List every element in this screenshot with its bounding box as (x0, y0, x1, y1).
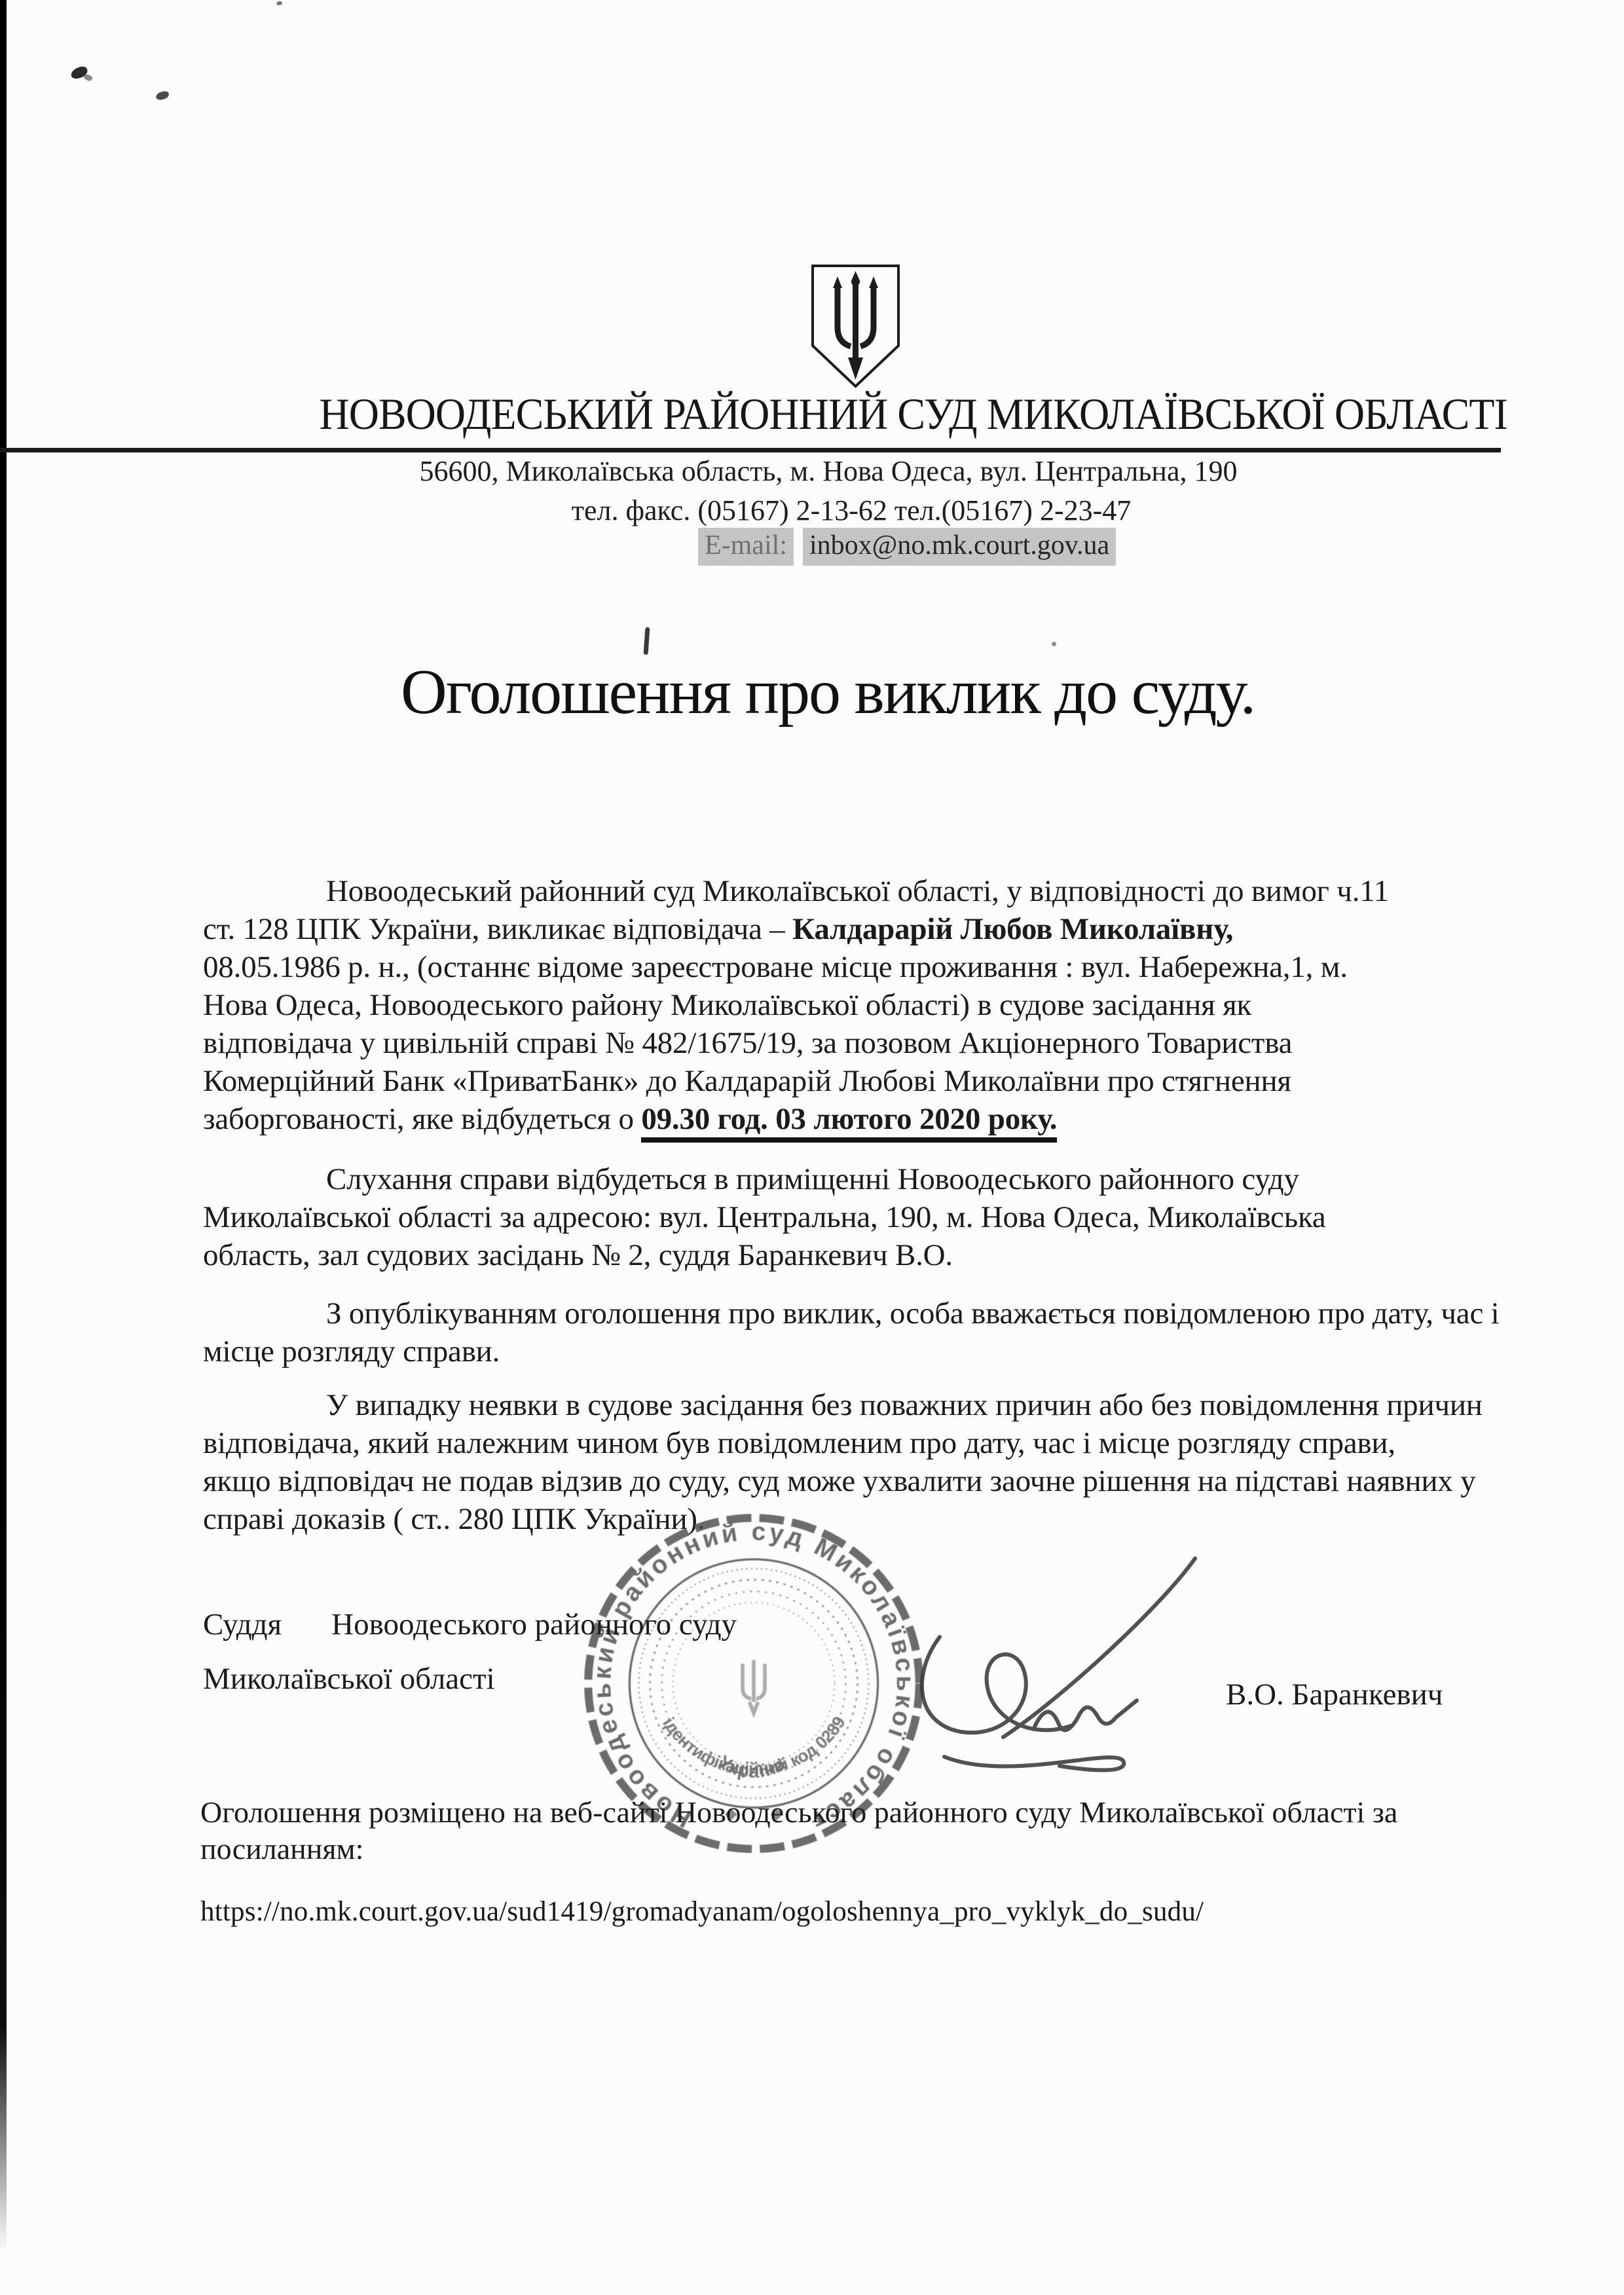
ink-speck (644, 627, 650, 655)
body-line: Нова Одеса, Новоодеського району Миколаї… (203, 986, 1500, 1024)
announcement-url: https://no.mk.court.gov.ua/sud1419/groma… (200, 1896, 1204, 1928)
ink-speck (1052, 642, 1056, 646)
judge-label: Суддя (203, 1607, 282, 1642)
paragraph-3: З опублікуванням оголошення про виклик, … (203, 1294, 1500, 1370)
body-line: ст. 128 ЦПК України, викликає відповідач… (203, 910, 1500, 948)
body-line: Слухання справи відбудеться в приміщенні… (203, 1160, 1500, 1198)
email-label: E-mail: (698, 528, 794, 566)
paragraph-2: Слухання справи відбудеться в приміщенні… (203, 1160, 1500, 1274)
stamp-country-text: Україна (715, 1751, 789, 1782)
body-line: Комерційний Банк «ПриватБанк» до Калдара… (203, 1062, 1500, 1100)
body-line: область, зал судових засідань № 2, суддя… (203, 1236, 1500, 1274)
judge-court: Новоодеського районного суду (331, 1607, 737, 1642)
judge-title-line: СуддяНовоодеського районного суду (203, 1607, 737, 1642)
email-row: E-mail:inbox@no.mk.court.gov.ua (698, 528, 1116, 566)
body-line: місце розгляду справи. (203, 1332, 1500, 1370)
judge-signature (838, 1529, 1270, 1804)
footer-note: Оголошення розміщено на веб-сайті Новоод… (200, 1793, 1456, 1831)
header-divider (0, 448, 1501, 452)
court-phone: тел. факс. (05167) 2-13-62 тел.(05167) 2… (308, 495, 1395, 526)
ink-speck (83, 73, 94, 82)
ink-speck (155, 90, 170, 101)
body-line: Миколаївської області за адресою: вул. Ц… (203, 1198, 1500, 1236)
judge-region-line: Миколаївської області (203, 1661, 495, 1697)
body-text: ст. 128 ЦПК України, викликає відповідач… (203, 912, 792, 946)
defendant-name: Калдарарій Любов Миколаївну, (792, 912, 1233, 946)
hearing-date: 09.30 год. 03 лютого 2020 року. (641, 1102, 1057, 1143)
body-line: У випадку неявки в судове засідання без … (203, 1386, 1500, 1424)
body-line: якщо відповідач не подав відзив до суду,… (203, 1462, 1500, 1500)
body-line: 08.05.1986 р. н., (останнє відоме зареєс… (203, 948, 1500, 986)
trident-icon (838, 282, 874, 360)
email-value: inbox@no.mk.court.gov.ua (803, 528, 1116, 566)
body-text: заборгованості, яке відбудеться о (203, 1102, 641, 1136)
body-line: відповідача у цивільній справі № 482/167… (203, 1024, 1500, 1062)
judge-name: В.О. Баранкевич (1226, 1677, 1443, 1712)
coat-of-arms-icon (807, 262, 904, 391)
body-line: Новоодеський районний суд Миколаївської … (203, 872, 1500, 910)
stamp-trident-icon (743, 1660, 765, 1713)
footer-line: посиланням: (200, 1831, 363, 1866)
body-line: заборгованості, яке відбудеться о 09.30 … (203, 1100, 1500, 1138)
body-line: З опублікуванням оголошення про виклик, … (203, 1294, 1500, 1332)
paragraph-1: Новоодеський районний суд Миколаївської … (203, 872, 1500, 1138)
court-name: НОВООДЕСЬКИЙ РАЙОННИЙ СУД МИКОЛАЇВСЬКОЇ … (320, 392, 1397, 436)
scanned-court-document: НОВООДЕСЬКИЙ РАЙОННИЙ СУД МИКОЛАЇВСЬКОЇ … (0, 0, 1624, 2295)
scan-edge-artifact (0, 0, 7, 2252)
ink-speck (276, 1, 282, 5)
footer-line: Оголошення розміщено на веб-сайті Новоод… (200, 1793, 1456, 1831)
document-title: Оголошення про виклик до суду. (401, 660, 1255, 724)
body-line: відповідача, який належним чином був пов… (203, 1424, 1500, 1462)
svg-text:Україна: Україна (715, 1751, 789, 1782)
court-address: 56600, Миколаївська область, м. Нова Оде… (285, 456, 1372, 487)
